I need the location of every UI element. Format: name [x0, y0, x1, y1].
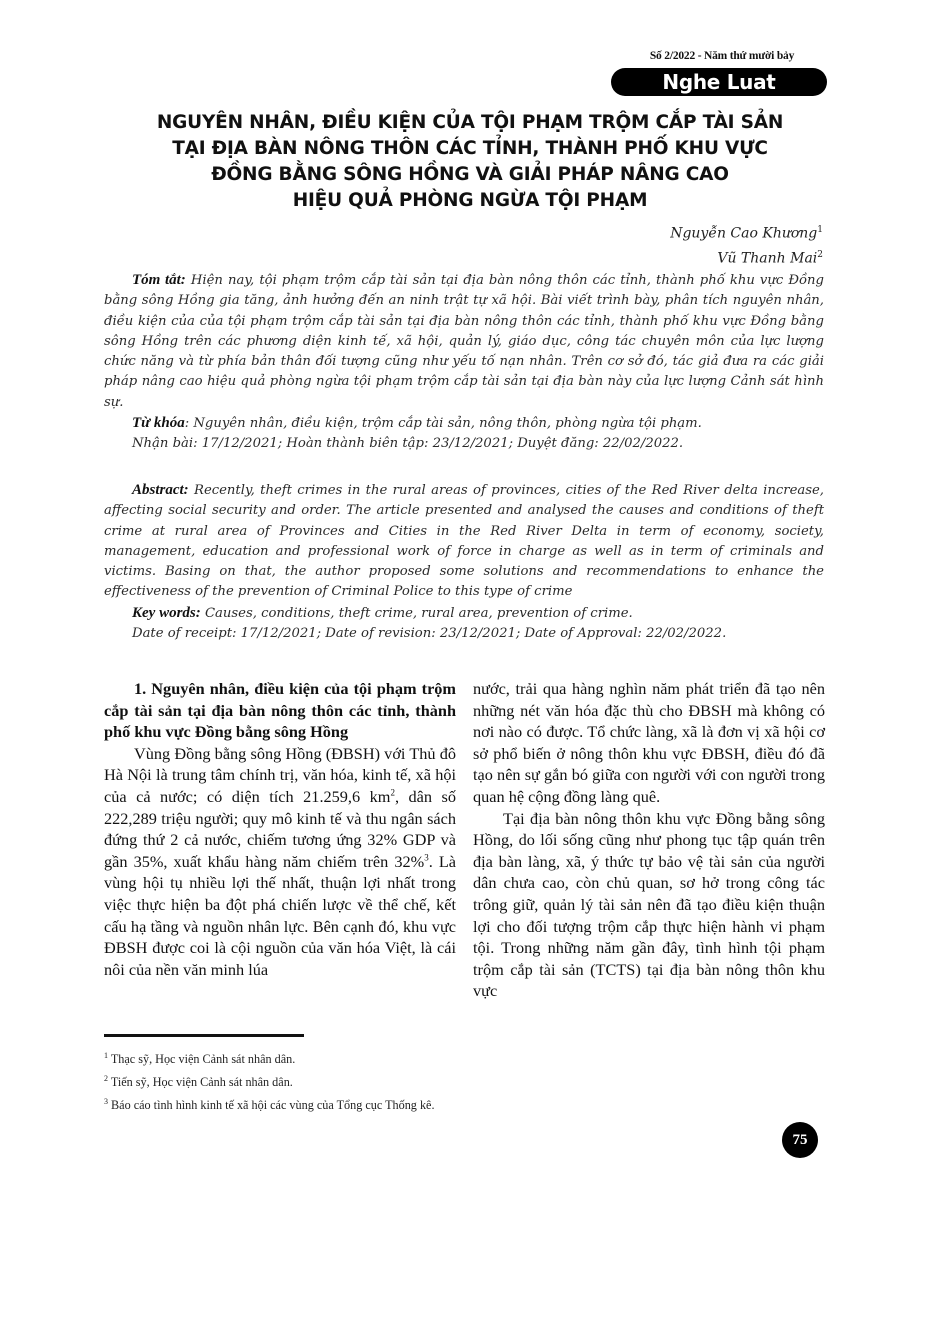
body-column-right: nước, trải qua hàng nghìn năm phát triển… — [473, 678, 825, 1002]
page-number-badge: 75 — [782, 1122, 818, 1158]
issue-info: Số 2/2022 - Năm thứ mười bảy — [612, 50, 832, 62]
abstract-paragraph: Tóm tắt: Hiện nay, tội phạm trộm cắp tài… — [104, 270, 824, 413]
abstract-vietnamese: Tóm tắt: Hiện nay, tội phạm trộm cắp tài… — [104, 270, 824, 455]
footnote-text: Tiến sỹ, Học viện Cảnh sát nhân dân. — [108, 1075, 293, 1089]
author-name: Nguyễn Cao Khương — [670, 226, 817, 242]
body-paragraph: Tại địa bàn nông thôn khu vực Đồng bằng … — [473, 808, 825, 1002]
author: Nguyễn Cao Khương1 — [670, 220, 823, 245]
dates-line: Nhận bài: 17/12/2021; Hoàn thành biên tậ… — [104, 434, 824, 454]
body-paragraph: nước, trải qua hàng nghìn năm phát triển… — [473, 678, 825, 808]
journal-page: Số 2/2022 - Năm thứ mười bảy Nghe Luat N… — [0, 0, 943, 1333]
section-heading: 1. Nguyên nhân, điều kiện của tội phạm t… — [104, 678, 456, 743]
footnote-text: Báo cáo tình hình kinh tế xã hội các vùn… — [108, 1098, 435, 1112]
footnote-text: Thạc sỹ, Học viện Cảnh sát nhân dân. — [108, 1052, 295, 1066]
abstract-text: Hiện nay, tội phạm trộm cắp tài sản tại … — [104, 273, 824, 410]
footnote: 1 Thạc sỹ, Học viện Cảnh sát nhân dân. — [104, 1046, 704, 1069]
footnotes: 1 Thạc sỹ, Học viện Cảnh sát nhân dân. 2… — [104, 1046, 704, 1115]
abstract-english: Abstract: Recently, theft crimes in the … — [104, 480, 824, 644]
title-line: TẠI ĐỊA BÀN NÔNG THÔN CÁC TỈNH, THÀNH PH… — [130, 136, 810, 162]
keywords-line: Từ khóa: Nguyên nhân, điều kiện, trộm cắ… — [104, 413, 824, 434]
abstract-text: Recently, theft crimes in the rural area… — [104, 483, 824, 599]
author-list: Nguyễn Cao Khương1 Vũ Thanh Mai2 — [670, 220, 823, 269]
body-column-left: 1. Nguyên nhân, điều kiện của tội phạm t… — [104, 678, 456, 980]
author-footnote-mark: 2 — [817, 250, 823, 260]
abstract-label: Tóm tắt: — [132, 272, 186, 288]
body-paragraph: Vùng Đồng bằng sông Hồng (ĐBSH) với Thủ … — [104, 743, 456, 981]
keywords-line: Key words: Causes, conditions, theft cri… — [104, 603, 824, 624]
author-footnote-mark: 1 — [817, 225, 823, 235]
footnote: 3 Báo cáo tình hình kinh tế xã hội các v… — [104, 1092, 704, 1115]
abstract-label: Abstract: — [132, 482, 189, 498]
article-title: NGUYÊN NHÂN, ĐIỀU KIỆN CỦA TỘI PHẠM TRỘM… — [130, 110, 810, 214]
footnote-divider — [104, 1034, 304, 1037]
dates-line: Date of receipt: 17/12/2021; Date of rev… — [104, 624, 824, 644]
footnote: 2 Tiến sỹ, Học viện Cảnh sát nhân dân. — [104, 1069, 704, 1092]
title-line: HIỆU QUẢ PHÒNG NGỪA TỘI PHẠM — [130, 188, 810, 214]
author: Vũ Thanh Mai2 — [670, 245, 823, 270]
keywords-label: Key words: — [132, 605, 201, 621]
keywords-text: : Nguyên nhân, điều kiện, trộm cắp tài s… — [185, 416, 702, 431]
title-line: NGUYÊN NHÂN, ĐIỀU KIỆN CỦA TỘI PHẠM TRỘM… — [130, 110, 810, 136]
keywords-text: Causes, conditions, theft crime, rural a… — [201, 606, 633, 621]
keywords-label: Từ khóa — [132, 415, 185, 431]
abstract-paragraph: Abstract: Recently, theft crimes in the … — [104, 480, 824, 603]
author-name: Vũ Thanh Mai — [717, 250, 817, 266]
journal-masthead: Nghe Luat — [611, 68, 827, 96]
title-line: ĐỒNG BẰNG SÔNG HỒNG VÀ GIẢI PHÁP NÂNG CA… — [130, 162, 810, 188]
